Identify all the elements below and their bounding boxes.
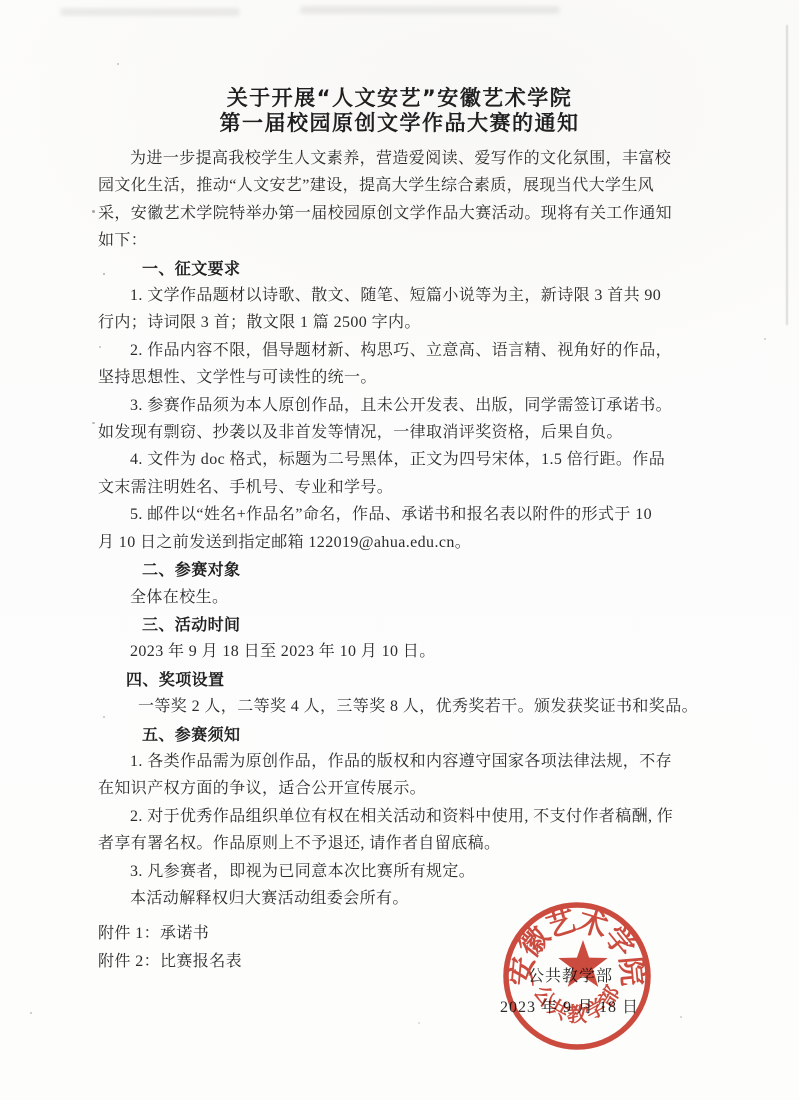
document-line: 一、征文要求	[98, 255, 738, 282]
scan-speck	[30, 1012, 32, 1014]
document-title: 关于开展“人文安艺”安徽艺术学院 第一届校园原创文学作品大赛的通知	[0, 86, 799, 136]
document-line: 如下：	[98, 227, 738, 254]
scan-smudge	[300, 6, 560, 14]
document-line: 五、参赛须知	[98, 721, 738, 748]
scan-speck	[764, 338, 766, 340]
document-line: 1. 文学作品题材以诗歌、散文、随笔、短篇小说等为主，新诗限 3 首共 90	[98, 282, 738, 309]
scan-smudge	[60, 8, 240, 16]
document-line: 5. 邮件以“姓名+作品名”命名，作品、承诺书和报名表以附件的形式于 10	[98, 501, 738, 528]
document-line: 二、参赛对象	[98, 556, 738, 583]
document-title-line1: 关于开展“人文安艺”安徽艺术学院	[0, 86, 799, 111]
scan-speck	[117, 63, 119, 65]
document-line: 四、奖项设置	[98, 666, 738, 693]
document-line: 3. 参赛作品须为本人原创作品，且未公开发表、出版，同学需签订承诺书。	[98, 392, 738, 419]
document-line: 2. 对于优秀作品组织单位有权在相关活动和资料中使用, 不支付作者稿酬, 作	[98, 803, 738, 830]
official-seal: 安 徽 艺 术 学 院 公 共 教 学 部	[497, 896, 657, 1056]
document-line: 在知识产权方面的争议，适合公开宣传展示。	[98, 775, 738, 802]
document-line: 文末需注明姓名、手机号、专业和学号。	[98, 474, 738, 501]
document-body: 为进一步提高我校学生人文素养，营造爱阅读、爱写作的文化氛围，丰富校园文化生活，推…	[98, 145, 738, 975]
seal-ring-char: 院	[614, 955, 650, 987]
document-title-line2: 第一届校园原创文学作品大赛的通知	[0, 111, 799, 136]
document-line: 为进一步提高我校学生人文素养，营造爱阅读、爱写作的文化氛围，丰富校	[98, 145, 738, 172]
document-line: 园文化生活，推动“人文安艺”建设，提高大学生综合素质，展现当代大学生风	[98, 172, 738, 199]
star-icon	[558, 940, 607, 987]
document-line: 行内；诗词限 3 首；散文限 1 篇 2500 字内。	[98, 309, 738, 336]
document-line: 月 10 日之前发送到指定邮箱 122019@ahua.edu.cn。	[98, 529, 738, 556]
document-line: 采，安徽艺术学院特举办第一届校园原创文学作品大赛活动。现将有关工作通知	[98, 200, 738, 227]
document-line: 坚持思想性、文学性与可读性的统一。	[98, 364, 738, 391]
document-line: 如发现有剽窃、抄袭以及非首发等情况，一律取消评奖资格，后果自负。	[98, 419, 738, 446]
document-line: 全体在校生。	[98, 584, 738, 611]
document-line: 2. 作品内容不限，倡导题材新、构思巧、立意高、语言精、视角好的作品，	[98, 337, 738, 364]
document-line: 三、活动时间	[98, 611, 738, 638]
document-line: 者享有署名权。作品原则上不予退还, 请作者自留底稿。	[98, 830, 738, 857]
scan-speck	[418, 1022, 420, 1024]
scanned-page: 关于开展“人文安艺”安徽艺术学院 第一届校园原创文学作品大赛的通知 为进一步提高…	[0, 0, 799, 1100]
document-line: 一等奖 2 人，二等奖 4 人，三等奖 8 人，优秀奖若干。颁发获奖证书和奖品。	[98, 693, 738, 720]
paper-edge-shadow	[786, 25, 788, 325]
scan-speck	[92, 422, 95, 424]
document-line: 1. 各类作品需为原创作品，作品的版权和内容遵守国家各项法律法规，不存	[98, 748, 738, 775]
scan-speck	[92, 210, 95, 213]
document-line: 3. 凡参赛者，即视为已同意本次比赛所有规定。	[98, 858, 738, 885]
document-line: 2023 年 9 月 18 日至 2023 年 10 月 10 日。	[98, 638, 738, 665]
document-line: 4. 文件为 doc 格式，标题为二号黑体，正文为四号宋体，1.5 倍行距。作品	[98, 446, 738, 473]
scan-speck	[680, 1016, 682, 1018]
